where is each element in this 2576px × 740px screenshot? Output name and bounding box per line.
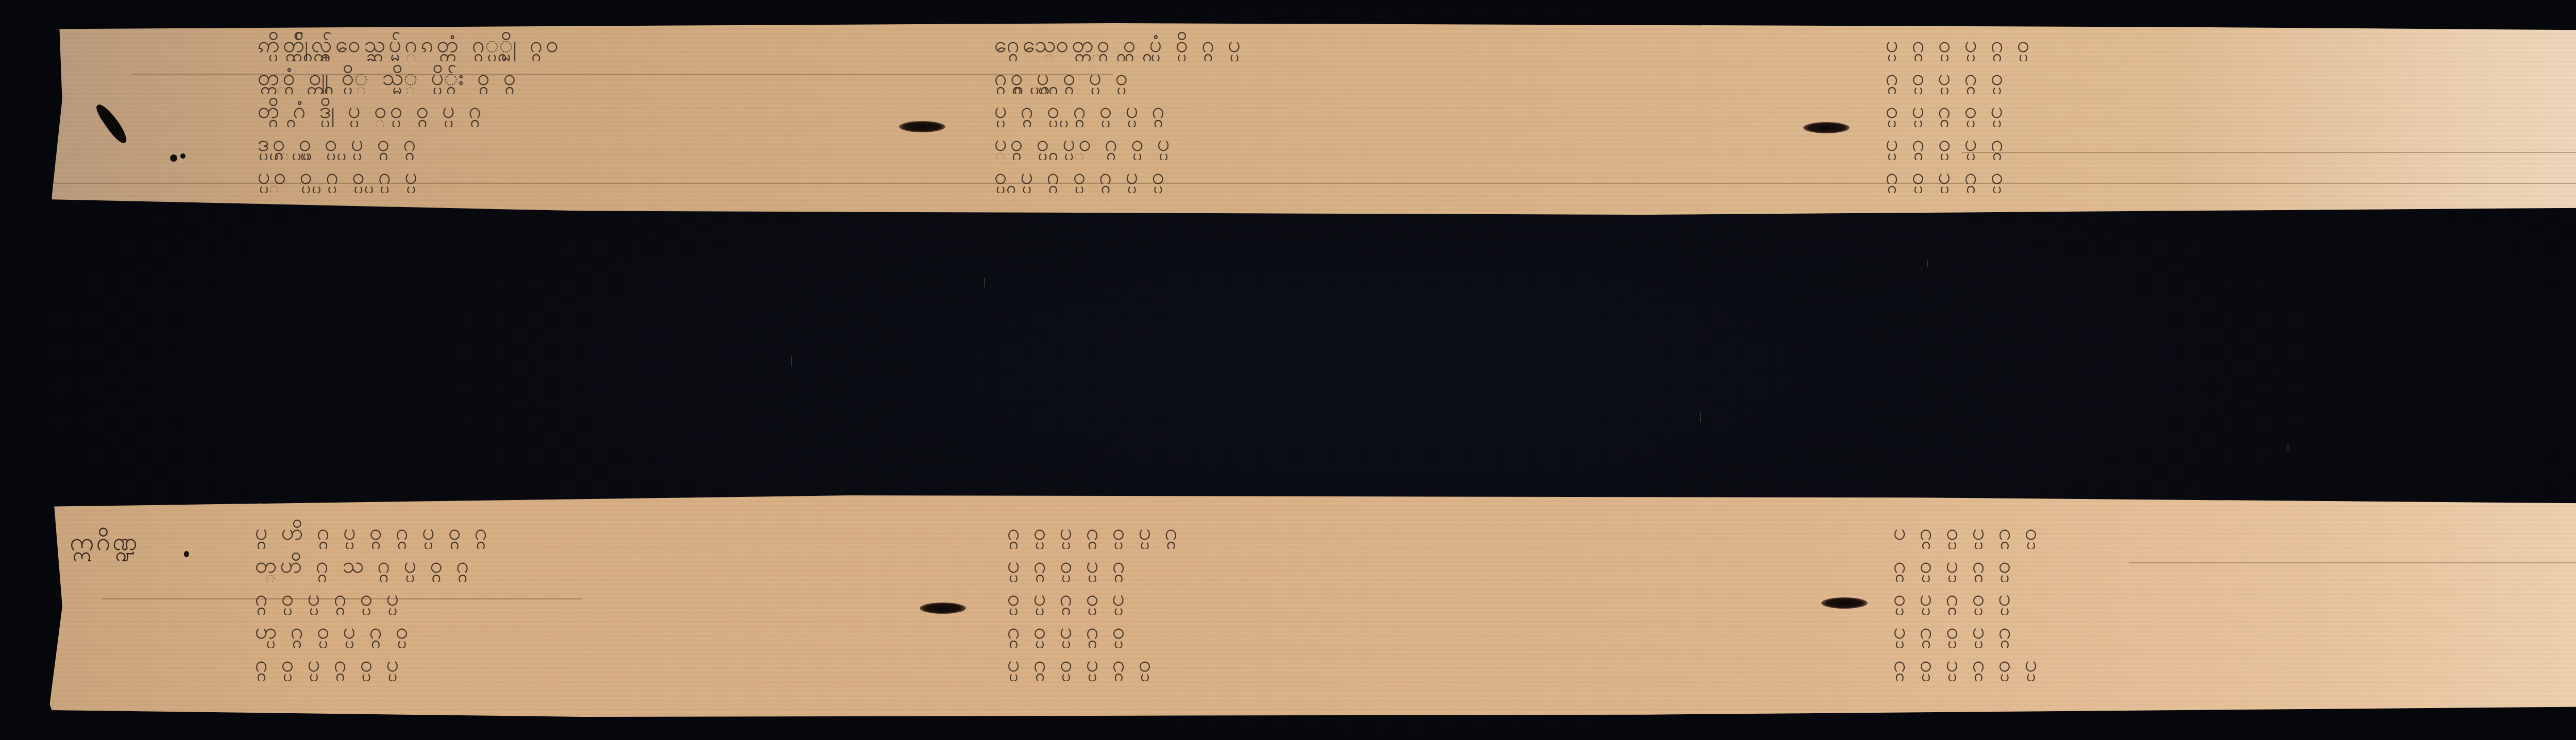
manuscript-line: ပ္ဂ ဟိ ဂ္ဂ ပ္ပ ဝ္ဂ ဂ္ဂ ပ္ပ ဝ္ဂ ဂ္ဂ <box>255 516 904 549</box>
ink-stain <box>93 101 130 146</box>
dust-speck <box>984 278 985 287</box>
manuscript-line: ပ္ပ ဂ္ဂ ဝ္ပ ပ္ပ ဂ္ဂ <box>1893 615 2563 648</box>
palm-leaf-bottom: ဣဂိဏ္ဍ ပ္ဂ ဟိ ဂ္ဂ ပ္ပ ဝ္ဂ ဂ္ဂ ပ္ပ ဝ္ဂ ဂ္… <box>49 495 2576 717</box>
manuscript-line: ဂ္ဂေသ္ဝေတ္တ္ဝ္ဂ္ဂ ဝ္ဂ္ဂ ပ္ပံ ဝ္ပိ ဂ္ဂ ပ္… <box>994 28 1798 61</box>
manuscript-line: ဂ္ဂ ဝ္ပ ပ္ပ ဂ္ဂ ဝ္ပ ပ္ပ <box>255 582 904 615</box>
dust-speck <box>791 355 792 367</box>
binding-hole-right <box>1821 597 1868 609</box>
manuscript-line: ဝ္ပ္ဂ ပ္ပ ဂ္ဂ ဝ္ပ ဂ္ဂ ပ္ပ ဝ္ပ <box>994 160 1798 193</box>
binding-hole-left <box>899 121 945 132</box>
text-block-left: ပ္ဂ ဟိ ဂ္ဂ ပ္ပ ဝ္ဂ ဂ္ဂ ပ္ပ ဝ္ဂ ဂ္ဂ တ္ဟိ … <box>255 516 904 681</box>
ink-stain <box>180 153 185 159</box>
text-block-middle: ဂ္ဂ ဝ္ပ ပ္ပ ဂ္ဂ ဝ္ပ ပ္ပ ဂ္ဂ ပ္ပ ဂ္ဂ ဝ္ပ … <box>1007 516 1811 681</box>
dust-speck <box>2287 443 2289 451</box>
manuscript-line: ဂ္ဂ ဝ္ပ ပ္ပ ဂ္ဂ ဝ္ပ ပ္ပ <box>255 648 904 681</box>
dust-speck <box>1700 412 1701 422</box>
manuscript-line: ဝ္ပ ပ္ပ ဂ္ဂ ဝ္ပ ပ္ပ <box>1007 582 1811 615</box>
manuscript-line: ဝ္ပ ပ္ပ ဂ္ဂ ဝ္ပ ပ္ပ <box>1886 94 2555 127</box>
manuscript-line: ဟ္ပ ဂ္ဂ ဝ္ပ ပ္ပ ဂ္ဂ ဝ္ပ <box>255 615 904 648</box>
manuscript-line: ဝ္ပ ပ္ပ ဂ္ဂ ဝ္ပ ပ္ပ <box>1893 582 2563 615</box>
manuscript-line: ဂ္ဂ္ဂ္ဝ္ဂ္ပ္ဂ ပ္ပ္ဂ ဝ္ဂ ပ္ပ ဝ္ပ <box>994 61 1798 94</box>
manuscript-line: တ္တ္ဝ္ဂံ ဝ္တ္ဂူ ဝ္ပိ္ သ္မိ္ ပ္ပိ္ဂ်း ဝ္ဂ… <box>258 61 917 94</box>
binding-hole-left <box>920 603 966 614</box>
manuscript-line: ပ္ပ ဂ္ဂ ဝ္ပ္ပ ဂ္ဂ ဝ္ပ ပ္ပ ဂ္ဂ <box>994 94 1798 127</box>
manuscript-line: တ္ဟိ ဂ္ဂ သ ဂ္ဂ ပ္ပ ဝ္ဂ ဂ္ဂ <box>255 549 904 582</box>
manuscript-line: ပ္ဝ္ဂ ဝ္ပ္ဂ ပ္ပ္ဝ ဂ္ဂ ဝ္ပ ပ္ပ <box>994 127 1798 160</box>
manuscript-line: ဂ္ဂ ဝ္ပ ပ္ပ ဂ္ဂ ဝ္ပ <box>1886 61 2555 94</box>
text-block-left: ဢ္ပိတ္ထ္ဂၞ်ိုလ္တ်ဝေသ္ဆပ္မ်ဂ္ၵတ္တံ ဂွ္ပွ္… <box>258 28 917 193</box>
manuscript-line: ဢ္ပိတ္ထ္ဂၞ်ိုလ္တ်ဝေသ္ဆပ္မ်ဂ္ၵတ္တံ ဂွ္ပွ္… <box>258 28 917 61</box>
manuscript-line: ဂ္ဂ ဝ္ပ ပ္ပ ဂ္ဂ ဝ္ပ ပ္ပ ဂ္ဂ <box>1007 516 1811 549</box>
manuscript-line: ပ္ပ ဂ္ဂ ဝ္ပ ပ္ပ ဂ္ဂ ဝ္ပ <box>1886 28 2555 61</box>
manuscript-line: ပ္ပ ဂ္ဂ ဝ္ပ ပ္ပ ဂ္ဂ <box>1886 127 2555 160</box>
palm-leaf-top: ဢ္ပိတ္ထ္ဂၞ်ိုလ္တ်ဝေသ္ဆပ္မ်ဂ္ၵတ္တံ ဂွ္ပွ္… <box>52 23 2576 215</box>
manuscript-line: ဂ္ဂ ဝ္ပ ပ္ပ ဂ္ဂ ဝ္ပ <box>1886 160 2555 193</box>
manuscript-line: တ္ဂ္ဂိ ဂံ ဒ္ပို ပ္ပ ဝ္ဝ္ပ ဝ္ဂ ပ္ပ ဂ္ဂ <box>258 94 917 127</box>
manuscript-line: ပ ဂ္ဂ ဝ္ပ ပ္ပ ဂ္ဂ ဝ္ပ <box>1893 516 2563 549</box>
ink-stain <box>170 154 177 162</box>
ink-dot <box>184 551 189 557</box>
text-block-right: ပ္ပ ဂ္ဂ ဝ္ပ ပ္ပ ဂ္ဂ ဝ္ပ ဂ္ဂ ဝ္ပ ပ္ပ ဂ္ဂ … <box>1886 28 2555 193</box>
manuscript-line: ပ္ပ ဂ္ဂ ဝ္ပ ပ္ပ ဂ္ဂ ဝ္ပ <box>1007 648 1811 681</box>
dust-speck <box>1927 260 1928 267</box>
manuscript-line: ဒ္ပ္ပ္ဝ္ဂ္ပ္ပ ဝ္ပ ဝ္ပ္ပ ပ္ပ ဝ္ဂ ဂ္ဂ <box>258 127 917 160</box>
manuscript-line: ပ္ပ ဂ္ဂ ဝ္ပ ပ္ပ ဂ္ဂ <box>1007 549 1811 582</box>
text-block-right: ပ ဂ္ဂ ဝ္ပ ပ္ပ ဂ္ဂ ဝ္ပ ဂ္ဂ ဝ္ပ ပ္ပ ဂ္ဂ ဝ္… <box>1893 516 2563 681</box>
manuscript-line: ဂ္ဂ ဝ္ပ ပ္ပ ဂ္ဂ ဝ္ပ <box>1893 549 2563 582</box>
text-block-middle: ဂ္ဂေသ္ဝေတ္တ္ဝ္ဂ္ဂ ဝ္ဂ္ဂ ပ္ပံ ဝ္ပိ ဂ္ဂ ပ္… <box>994 28 1798 193</box>
binding-hole-right <box>1803 122 1850 133</box>
folio-marker: ဣဂိဏ္ဍ <box>70 526 139 562</box>
manuscript-line: ပ္ပ္ဝ ဝ္ပ္ပ ဂ္ပ ဝ္ပ္ပ ဂ္ပ ပ္ပ <box>258 160 917 193</box>
manuscript-line: ဂ္ဂ ဝ္ပ ပ္ပ ဂ္ဂ ဝ္ပ ပ္ပ <box>1893 648 2563 681</box>
manuscript-line: ဂ္ဂ ဝ္ပ ပ္ပ ဂ္ဂ ဝ္ပ <box>1007 615 1811 648</box>
